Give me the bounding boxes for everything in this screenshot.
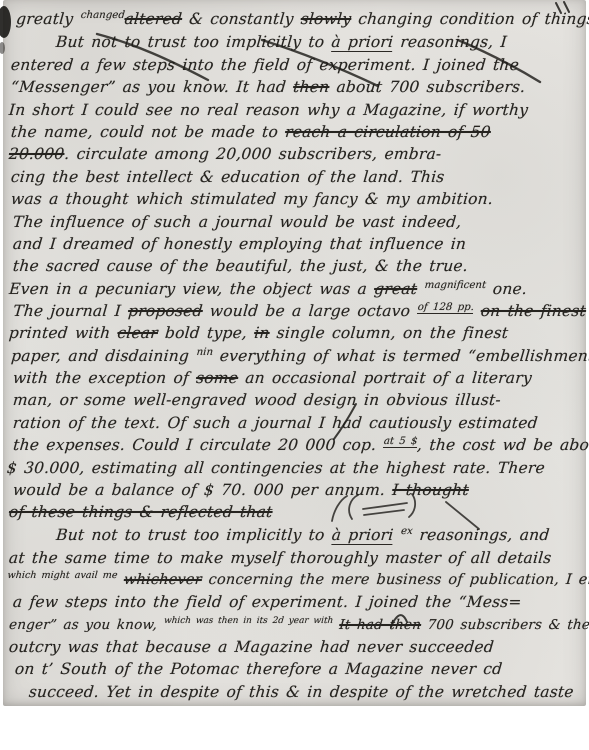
handwritten-text: “Messenger” as you know. It had bbox=[10, 78, 294, 96]
manuscript-line: “Messenger” as you know. It had then abo… bbox=[10, 76, 526, 98]
handwritten-text: The journal I bbox=[12, 302, 128, 320]
struck-out-text: whichever bbox=[123, 572, 202, 588]
handwritten-text: Even in a pecuniary view, the object was… bbox=[8, 280, 375, 298]
manuscript-scan: greatly changedaltered & constantly slow… bbox=[0, 0, 589, 750]
manuscript-line: the sacred cause of the beautiful, the j… bbox=[12, 255, 469, 277]
handwritten-text: . circulate among 20,000 subscribers, em… bbox=[64, 145, 443, 163]
handwritten-text: , the cost wd be about bbox=[416, 436, 589, 454]
handwritten-text: bold type, bbox=[157, 324, 255, 342]
manuscript-line: on t’ South of the Potomac therefore a M… bbox=[14, 658, 503, 680]
struck-out-text: proposed bbox=[127, 302, 203, 320]
manuscript-line: of these things & reflected that bbox=[8, 501, 274, 523]
manuscript-line: But not to trust too implicitly to à pri… bbox=[55, 31, 508, 53]
underlined-text: à priori bbox=[331, 526, 394, 545]
struck-out-text: great bbox=[373, 280, 418, 298]
handwritten-text: The influence of such a journal would be… bbox=[12, 213, 462, 231]
handwritten-text: & constantly bbox=[181, 10, 301, 28]
underlined-text: à priori bbox=[331, 33, 394, 52]
handwritten-text: 700 subscribers & the general bbox=[420, 617, 589, 633]
handwritten-text: the sacred cause of the beautiful, the j… bbox=[12, 257, 469, 275]
manuscript-line: But not to trust too implicitly to à pri… bbox=[55, 524, 550, 549]
manuscript-line: the expenses. Could I circulate 20 000 c… bbox=[12, 434, 589, 459]
manuscript-line: a few steps into the field of experiment… bbox=[12, 591, 523, 613]
manuscript-line: In short I could see no real reason why … bbox=[8, 99, 529, 121]
handwritten-text: man, or some well-engraved wood design i… bbox=[12, 391, 502, 409]
manuscript-line: which might avail me whichever concernin… bbox=[6, 569, 589, 593]
handwritten-text: $ 30.000, estimating all contingencies a… bbox=[6, 459, 546, 477]
struck-out-text: altered bbox=[124, 10, 183, 28]
struck-out-text: in bbox=[253, 324, 270, 342]
struck-out-text: then bbox=[292, 78, 330, 96]
manuscript-line: enger” as you know, which was then in it… bbox=[8, 614, 589, 638]
manuscript-line: The influence of such a journal would be… bbox=[12, 211, 462, 233]
handwritten-text: outcry was that because a Magazine had n… bbox=[8, 638, 495, 656]
manuscript-line: printed with clear bold type, in single … bbox=[8, 322, 509, 344]
handwritten-text: greatly bbox=[15, 10, 81, 28]
manuscript-line: ration of the text. Of such a journal I … bbox=[12, 412, 539, 434]
handwritten-text: a few steps into the field of experiment… bbox=[12, 593, 522, 611]
handwritten-text: concerning the mere business of publicat… bbox=[201, 572, 589, 588]
handwritten-text: and I dreamed of honestly employing that… bbox=[12, 235, 467, 253]
interlined-insertion: ex bbox=[401, 526, 414, 537]
handwritten-text: one. bbox=[485, 280, 528, 298]
manuscript-line: cing the best intellect & education of t… bbox=[10, 166, 445, 188]
interlined-insertion: which was then in its 2d year with bbox=[164, 616, 334, 626]
handwritten-text: was a thought which stimulated my fancy … bbox=[10, 190, 494, 208]
handwritten-text: printed with bbox=[8, 324, 118, 342]
manuscript-line: outcry was that because a Magazine had n… bbox=[8, 636, 495, 658]
handwritten-text: everything of what is termed “embellishm… bbox=[212, 347, 589, 365]
handwritten-text: In short I could see no real reason why … bbox=[8, 101, 529, 119]
manuscript-line: and I dreamed of honestly employing that… bbox=[12, 233, 467, 255]
handwritten-text: But not to trust too implicitly to bbox=[55, 33, 332, 51]
struck-out-text: clear bbox=[117, 324, 159, 342]
manuscript-line: succeed. Yet in despite of this & in des… bbox=[28, 681, 575, 703]
handwritten-text: on t’ South of the Potomac therefore a M… bbox=[14, 660, 503, 678]
handwritten-text: reasonings, and bbox=[412, 526, 551, 544]
manuscript-line: 20.000. circulate among 20,000 subscribe… bbox=[8, 143, 442, 165]
struck-out-text: 20.000 bbox=[8, 145, 65, 163]
struck-out-text: on the finest bbox=[480, 302, 587, 320]
struck-out-text: slowly bbox=[300, 10, 352, 28]
handwritten-text: single column, on the finest bbox=[269, 324, 509, 342]
interlined-insertion: of 128 pp. bbox=[417, 302, 474, 314]
handwritten-text: ration of the text. Of such a journal I … bbox=[12, 414, 538, 432]
handwritten-text: cing the best intellect & education of t… bbox=[10, 168, 445, 186]
handwritten-text: succeed. Yet in despite of this & in des… bbox=[28, 683, 574, 701]
struck-out-text: some bbox=[195, 369, 239, 387]
handwritten-text: an occasional portrait of a literary bbox=[237, 369, 532, 387]
handwritten-text: at the same time to make myself thorough… bbox=[8, 549, 552, 567]
handwritten-text: changing condition of things. bbox=[350, 10, 589, 28]
handwritten-text: paper, and disdaining bbox=[10, 347, 197, 365]
manuscript-line: man, or some well-engraved wood design i… bbox=[12, 389, 502, 411]
struck-out-text: I thought bbox=[392, 481, 470, 499]
struck-out-text: It had then bbox=[339, 617, 422, 633]
handwritten-text: with the exception of bbox=[12, 369, 197, 387]
interlined-insertion: at 5 $ bbox=[383, 436, 418, 448]
manuscript-line: would be a balance of $ 70. 000 per annu… bbox=[12, 479, 470, 501]
manuscript-line: the name, could not be made to reach a c… bbox=[10, 121, 492, 143]
handwritten-text: enger” as you know, bbox=[8, 617, 164, 633]
manuscript-line: entered a few steps into the field of ex… bbox=[10, 54, 520, 76]
interlined-insertion: nin bbox=[196, 347, 213, 358]
manuscript-line: greatly changedaltered & constantly slow… bbox=[15, 8, 589, 33]
manuscript-line: $ 30.000, estimating all contingencies a… bbox=[6, 457, 546, 479]
manuscript-line: at the same time to make myself thorough… bbox=[8, 547, 552, 569]
interlined-insertion: magnificent bbox=[424, 280, 486, 291]
manuscript-line: with the exception of some an occasional… bbox=[12, 367, 533, 389]
handwritten-text: would be a balance of $ 70. 000 per annu… bbox=[12, 481, 393, 499]
handwritten-text: the expenses. Could I circulate 20 000 c… bbox=[12, 436, 384, 454]
manuscript-line: was a thought which stimulated my fancy … bbox=[10, 188, 494, 210]
handwritten-text: would be a large octavo bbox=[202, 302, 418, 320]
handwritten-text: entered a few steps into the field of ex… bbox=[10, 56, 520, 74]
interlined-insertion: which might avail me bbox=[7, 570, 118, 581]
handwritten-text: But not to trust too implicitly to bbox=[55, 526, 332, 544]
struck-out-text: reach a circulation of 50 bbox=[284, 123, 491, 141]
handwritten-text: the name, could not be made to bbox=[10, 123, 286, 141]
handwritten-text: reasonings, I bbox=[392, 33, 507, 51]
interlined-insertion: changed bbox=[80, 10, 125, 21]
struck-out-text: of these things & reflected that bbox=[8, 503, 273, 521]
handwritten-text: about 700 subscribers. bbox=[329, 78, 526, 96]
